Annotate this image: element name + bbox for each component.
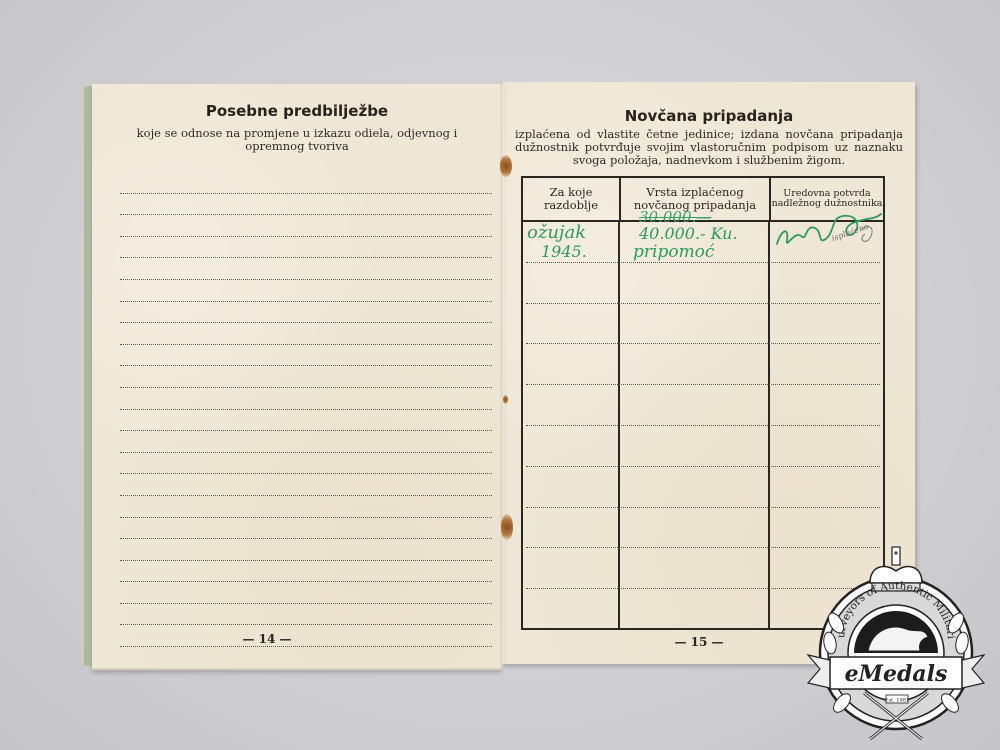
ruled-line — [120, 561, 492, 583]
rust-staple-bottom — [501, 514, 513, 540]
ruled-line — [120, 258, 492, 280]
ruled-line — [120, 215, 492, 237]
left-page-subtitle: koje se odnose na promjene u izkazu odie… — [92, 127, 502, 153]
handwritten-amount: 40.000.- Ku. — [639, 224, 738, 243]
table-row — [523, 426, 883, 467]
left-page: Posebne predbilježbe koje se odnose na p… — [92, 84, 502, 670]
watermark-brand: eMedals — [845, 661, 948, 687]
ruled-line — [120, 539, 492, 561]
right-page-subtitle: izplaćena od vlastite četne jedinice; iz… — [503, 128, 915, 167]
rust-spot — [503, 395, 508, 404]
ruled-line — [120, 431, 492, 453]
ruled-line — [120, 237, 492, 259]
ruled-line — [120, 194, 492, 216]
rust-staple-top — [500, 155, 512, 177]
right-page-title: Novčana pripadanja — [503, 107, 915, 125]
ruled-line — [120, 172, 492, 194]
ruled-line — [120, 345, 492, 367]
ruled-line — [120, 474, 492, 496]
cell-period: ožujak 1945. — [523, 222, 619, 263]
table-row — [523, 304, 883, 345]
table-row — [523, 467, 883, 508]
ruled-line — [120, 366, 492, 388]
left-page-title: Posebne predbilježbe — [92, 102, 502, 120]
ruled-lines — [120, 172, 492, 647]
ruled-line — [120, 453, 492, 475]
page-number-left: — 14 — — [62, 632, 472, 646]
handwritten-payment-type: pripomoć — [633, 242, 714, 262]
ruled-line — [120, 388, 492, 410]
ruled-line — [120, 323, 492, 345]
table-row — [523, 263, 883, 304]
ruled-line — [120, 582, 492, 604]
ruled-line — [120, 604, 492, 626]
cell-confirmation: isplaćeno — [769, 222, 883, 263]
open-booklet: Posebne predbilježbe koje se odnose na p… — [0, 0, 1000, 750]
cell-payment-type: 30.000.— 40.000.- Ku. pripomoć — [619, 222, 769, 263]
handwritten-year: 1945. — [541, 242, 587, 261]
signature-icon — [771, 200, 891, 260]
handwritten-month: ožujak — [527, 222, 586, 243]
table-row — [523, 385, 883, 426]
ruled-line — [120, 302, 492, 324]
ruled-line — [120, 518, 492, 540]
header-period: Za koje razdoblje — [523, 178, 619, 220]
ruled-line — [120, 410, 492, 432]
table-row: ožujak 1945. 30.000.— 40.000.- Ku. pripo… — [523, 222, 883, 263]
emedals-watermark-logo: Purveyors of Authentic Militaria eMedals… — [806, 543, 986, 748]
table-row — [523, 344, 883, 385]
ruled-line — [120, 280, 492, 302]
ruled-line — [120, 496, 492, 518]
watermark-established: Est. 1981 — [885, 698, 909, 704]
